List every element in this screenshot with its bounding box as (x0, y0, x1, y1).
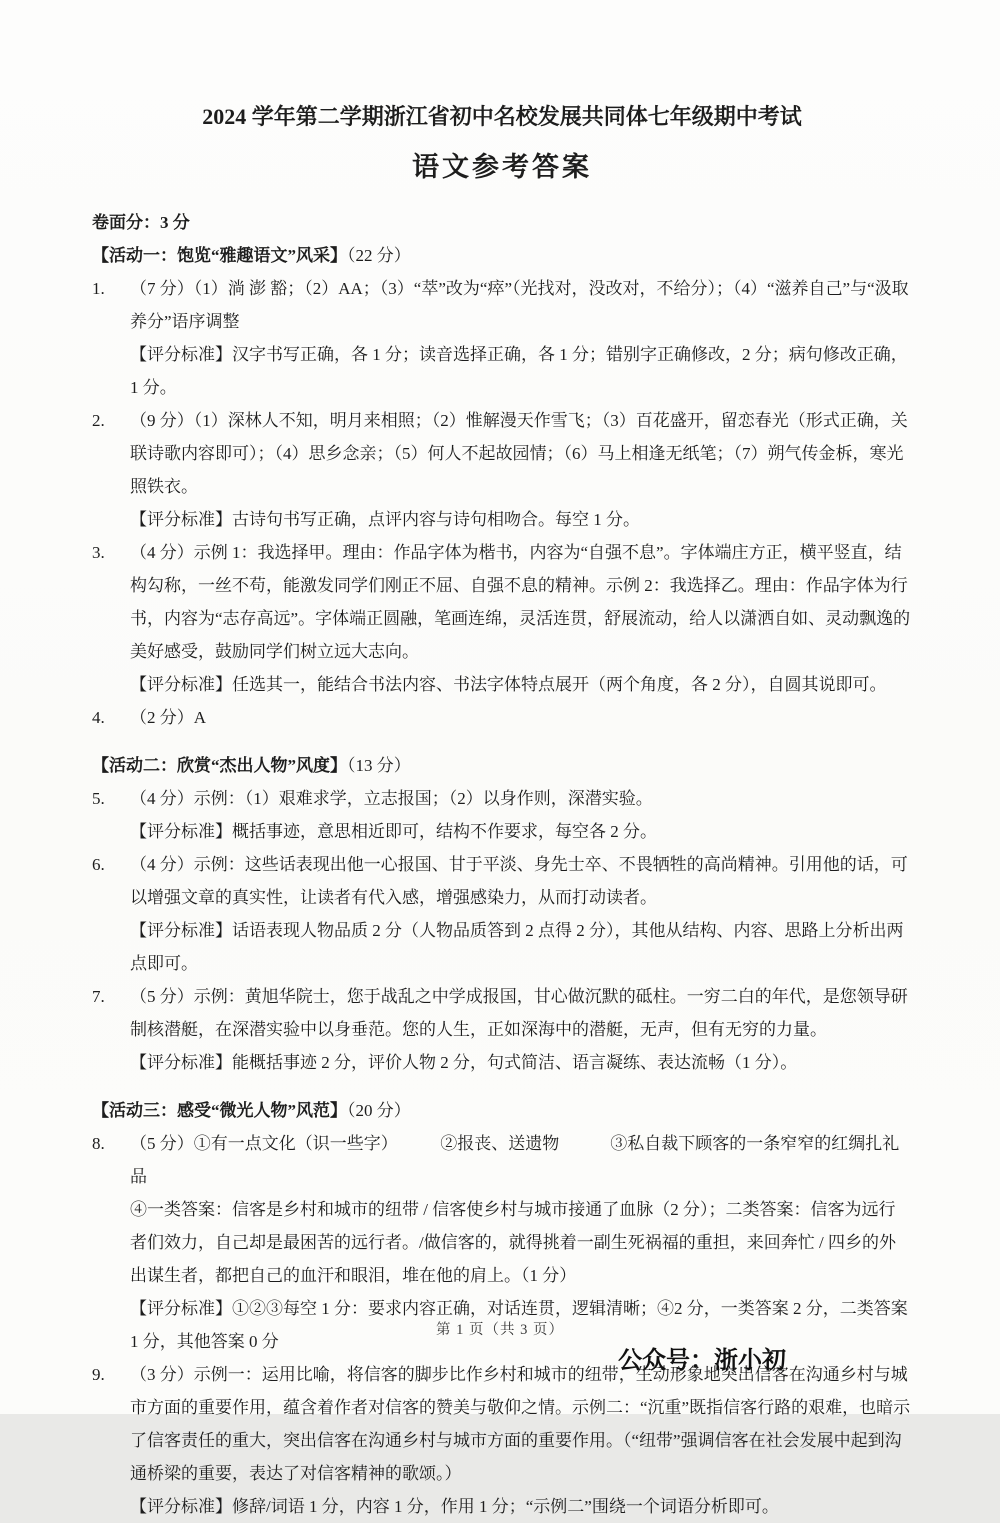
answer-item-6: 6. （4 分）示例：这些话表现出他一心报国、甘于平淡、身先士卒、不畏牺牲的高尚… (92, 848, 912, 980)
item-number: 1. (92, 272, 130, 404)
page-number: 第 1 页（共 3 页） (0, 1320, 1000, 1340)
scoring-standard: 【评分标准】汉字书写正确，各 1 分；读音选择正确，各 1 分；错别字正确修改，… (130, 338, 912, 404)
item-number: 9. (92, 1358, 130, 1523)
answer-text: （3 分）示例一：运用比喻，将信客的脚步比作乡村和城市的纽带，生动形象地突出信客… (130, 1358, 912, 1490)
wechat-account-watermark: 公众号：浙小初 (618, 1344, 786, 1378)
answer-text: （4 分）示例 1：我选择甲。理由：作品字体为楷书，内容为“自强不息”。字体端庄… (130, 536, 912, 668)
section-title: 【活动一：饱览“雅趣语文”风采】 (92, 246, 347, 265)
answer-item-7: 7. （5 分）示例：黄旭华院士，您于战乱之中学成报国，甘心做沉默的砥柱。一穷二… (92, 980, 912, 1079)
scoring-standard: 【评分标准】概括事迹，意思相近即可，结构不作要求，每空各 2 分。 (130, 815, 912, 848)
answer-text: （5 分）①有一点文化（识一些字） ②报丧、送遗物 ③私自裁下顾客的一条窄窄的红… (130, 1127, 912, 1193)
document-page: 2024 学年第二学期浙江省初中名校发展共同体七年级期中考试 语文参考答案 卷面… (0, 0, 1000, 1414)
item-number: 7. (92, 980, 130, 1079)
scoring-standard: 【评分标准】任选其一，能结合书法内容、书法字体特点展开（两个角度，各 2 分），… (130, 668, 912, 701)
answer-item-3: 3. （4 分）示例 1：我选择甲。理由：作品字体为楷书，内容为“自强不息”。字… (92, 536, 912, 701)
scoring-standard: 【评分标准】古诗句书写正确，点评内容与诗句相吻合。每空 1 分。 (130, 503, 912, 536)
answer-text: （4 分）示例：这些话表现出他一心报国、甘于平淡、身先士卒、不畏牺牲的高尚精神。… (130, 848, 912, 914)
item-number: 4. (92, 701, 130, 734)
item-number: 2. (92, 404, 130, 536)
answer-text: （7 分）（1）淌 澎 豁；（2）AA；（3）“萃”改为“瘁”（光找对，没改对，… (130, 272, 912, 338)
answer-text: ④一类答案：信客是乡村和城市的纽带 / 信客使乡村与城市接通了血脉（2 分）；二… (130, 1193, 912, 1292)
section-heading-activity-2: 【活动二：欣赏“杰出人物”风度】（13 分） (92, 749, 912, 782)
scoring-standard: 【评分标准】话语表现人物品质 2 分（人物品质答到 2 点得 2 分），其他从结… (130, 914, 912, 980)
answer-text: （4 分）示例：（1）艰难求学，立志报国；（2）以身作则，深潜实验。 (130, 782, 912, 815)
scoring-standard: 【评分标准】修辞/词语 1 分，内容 1 分，作用 1 分；“示例二”围绕一个词… (130, 1490, 912, 1523)
answer-key-title: 语文参考答案 (92, 149, 912, 185)
section-title: 【活动二：欣赏“杰出人物”风度】 (92, 756, 347, 775)
item-number: 3. (92, 536, 130, 701)
scoring-standard: 【评分标准】能概括事迹 2 分，评价人物 2 分，句式简洁、语言凝练、表达流畅（… (130, 1046, 912, 1079)
answer-item-2: 2. （9 分）（1）深林人不知，明月来相照；（2）惟解漫天作雪飞；（3）百花盛… (92, 404, 912, 536)
paper-score-note: 卷面分：3 分 (92, 206, 912, 239)
answer-item-9: 9. （3 分）示例一：运用比喻，将信客的脚步比作乡村和城市的纽带，生动形象地突… (92, 1358, 912, 1523)
section-score: （22 分） (347, 246, 411, 265)
item-number: 5. (92, 782, 130, 848)
answer-item-4: 4. （2 分）A (92, 701, 912, 734)
item-number: 6. (92, 848, 130, 980)
answer-item-5: 5. （4 分）示例：（1）艰难求学，立志报国；（2）以身作则，深潜实验。 【评… (92, 782, 912, 848)
answer-item-1: 1. （7 分）（1）淌 澎 豁；（2）AA；（3）“萃”改为“瘁”（光找对，没… (92, 272, 912, 404)
answer-text: （2 分）A (130, 701, 912, 734)
answer-text: （5 分）示例：黄旭华院士，您于战乱之中学成报国，甘心做沉默的砥柱。一穷二白的年… (130, 980, 912, 1046)
section-score: （20 分） (347, 1101, 411, 1120)
answer-text: （9 分）（1）深林人不知，明月来相照；（2）惟解漫天作雪飞；（3）百花盛开，留… (130, 404, 912, 503)
section-title: 【活动三：感受“微光人物”风范】 (92, 1101, 347, 1120)
section-score: （13 分） (347, 756, 411, 775)
section-heading-activity-1: 【活动一：饱览“雅趣语文”风采】（22 分） (92, 239, 912, 272)
section-heading-activity-3: 【活动三：感受“微光人物”风范】（20 分） (92, 1094, 912, 1127)
exam-title: 2024 学年第二学期浙江省初中名校发展共同体七年级期中考试 (92, 102, 912, 132)
